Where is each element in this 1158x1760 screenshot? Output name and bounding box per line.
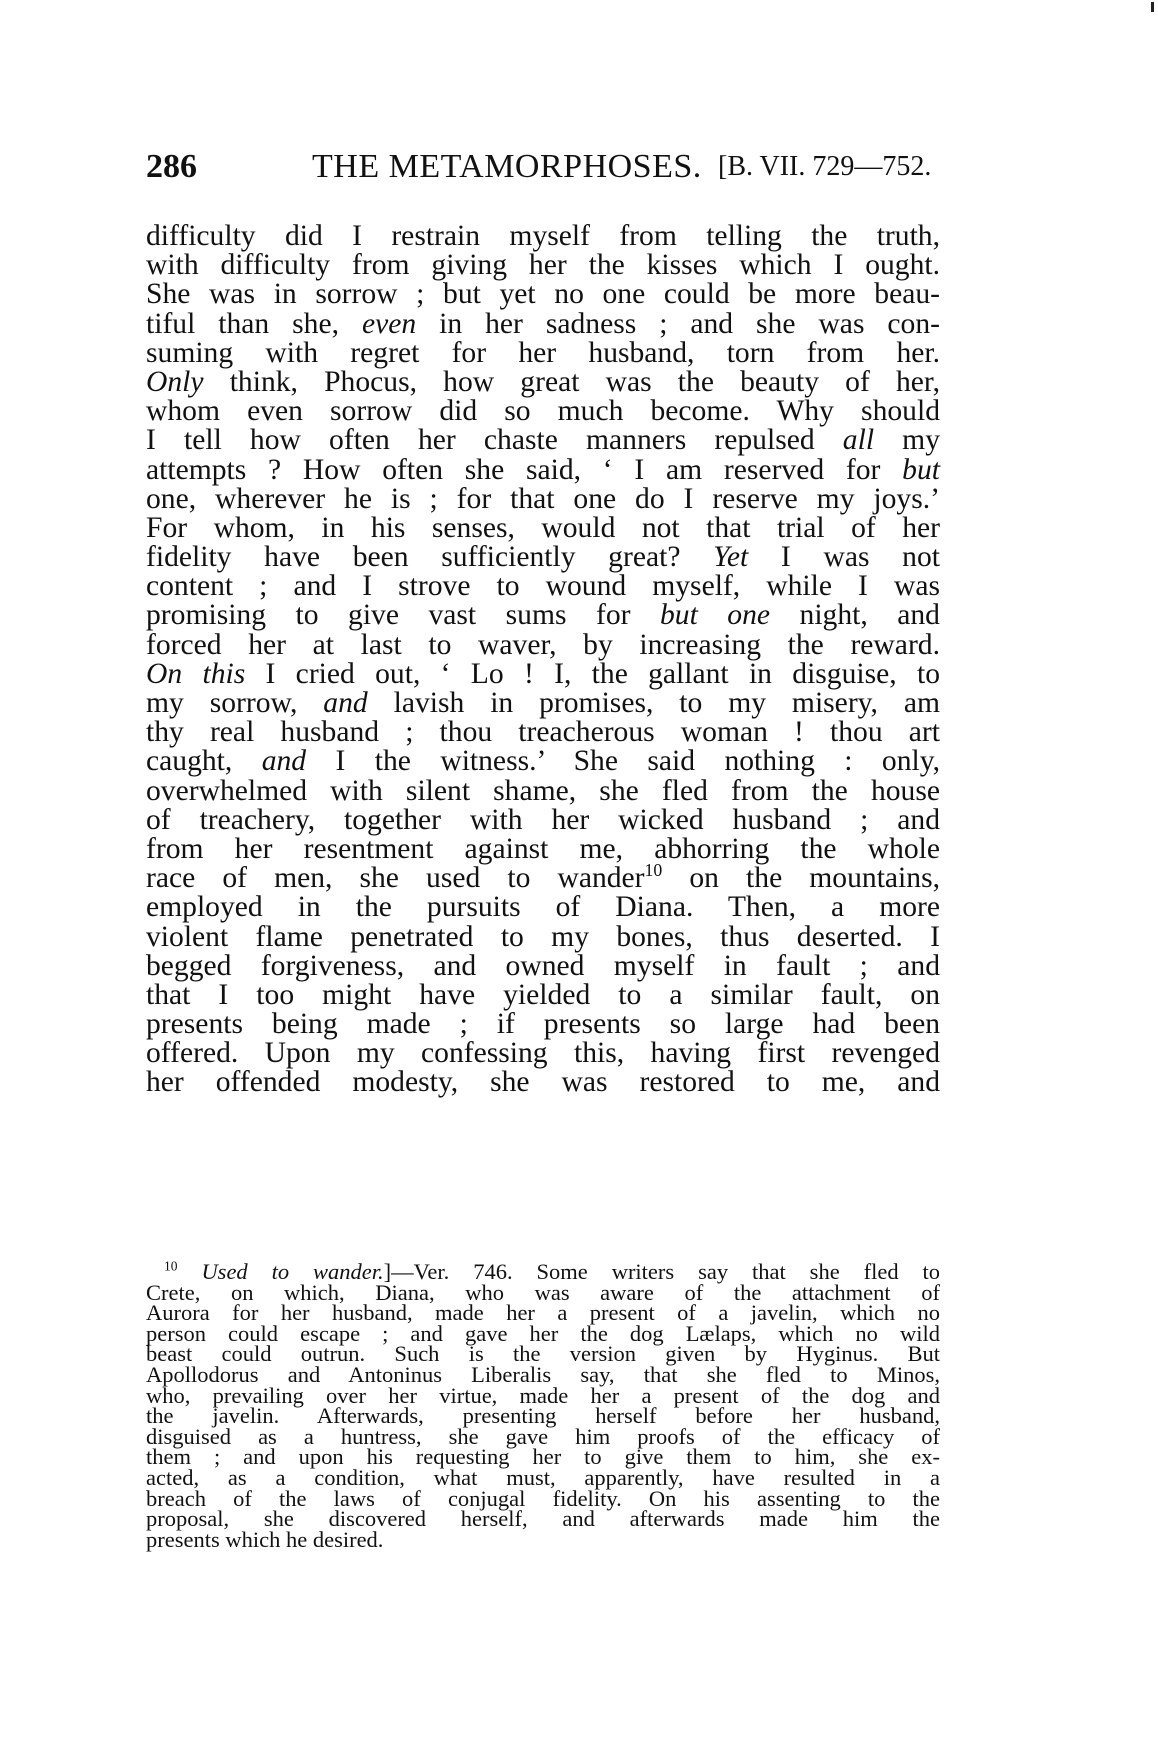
text-line: with difficulty from giving her the kiss… xyxy=(146,251,940,280)
footnote-line: presents which he desired. xyxy=(146,1530,940,1551)
page-number: 286 xyxy=(146,147,197,187)
text-line: fidelity have been sufficiently great? Y… xyxy=(146,543,940,572)
book-page: 286 THE METAMORPHOSES. [B. VII. 729—752.… xyxy=(0,0,1158,1760)
italic-text: even xyxy=(362,308,416,340)
main-text: difficulty did I restrain myself from te… xyxy=(146,222,940,1098)
text-line: On this I cried out, ‘ Lo ! I, the galla… xyxy=(146,660,940,689)
italic-text: Only xyxy=(146,366,204,398)
italic-text: and xyxy=(323,687,367,719)
text-line: that I too might have yielded to a simil… xyxy=(146,981,940,1010)
text-line: race of men, she used to wander10 on the… xyxy=(146,864,940,893)
footnote-marker: 10 xyxy=(164,1259,178,1274)
text-line: employed in the pursuits of Diana. Then,… xyxy=(146,893,940,922)
italic-text: but xyxy=(902,454,940,486)
text-line: suming with regret for her husband, torn… xyxy=(146,339,940,368)
text-line: my sorrow, and lavish in promises, to my… xyxy=(146,689,940,718)
running-title: THE METAMORPHOSES. xyxy=(312,147,702,187)
scan-mark xyxy=(1151,2,1154,12)
text-line: one, wherever he is ; for that one do I … xyxy=(146,485,940,514)
text-line: offered. Upon my confessing this, having… xyxy=(146,1039,940,1068)
text-line: begged forgiveness, and owned myself in … xyxy=(146,952,940,981)
footnote-marker: 10 xyxy=(645,860,663,880)
italic-text: all xyxy=(843,424,874,456)
text-line: forced her at last to waver, by increasi… xyxy=(146,631,940,660)
text-line: content ; and I strove to wound myself, … xyxy=(146,572,940,601)
text-line: violent flame penetrated to my bones, th… xyxy=(146,923,940,952)
text-line: of treachery, together with her wicked h… xyxy=(146,806,940,835)
text-line: I tell how often her chaste manners repu… xyxy=(146,426,940,455)
text-line: She was in sorrow ; but yet no one could… xyxy=(146,280,940,309)
text-line: presents being made ; if presents so lar… xyxy=(146,1010,940,1039)
text-line: difficulty did I restrain myself from te… xyxy=(146,222,940,251)
italic-text: but one xyxy=(660,599,770,631)
text-line: For whom, in his senses, would not that … xyxy=(146,514,940,543)
text-line: promising to give vast sums for but one … xyxy=(146,601,940,630)
footnote-block: 10 Used to wander.]—Ver. 746. Some write… xyxy=(146,1262,940,1550)
text-line: from her resentment against me, abhorrin… xyxy=(146,835,940,864)
text-line: thy real husband ; thou treacherous woma… xyxy=(146,718,940,747)
text-line: whom even sorrow did so much become. Why… xyxy=(146,397,940,426)
text-line: overwhelmed with silent shame, she fled … xyxy=(146,777,940,806)
italic-text: Yet xyxy=(713,541,748,573)
italic-text: and xyxy=(262,745,306,777)
running-header: 286 THE METAMORPHOSES. [B. VII. 729—752. xyxy=(146,147,956,187)
text-line: caught, and I the witness.’ She said not… xyxy=(146,747,940,776)
italic-text: On this xyxy=(146,658,245,690)
text-line: attempts ? How often she said, ‘ I am re… xyxy=(146,456,940,485)
text-line: tiful than she, even in her sadness ; an… xyxy=(146,310,940,339)
text-line: Only think, Phocus, how great was the be… xyxy=(146,368,940,397)
book-line-reference: [B. VII. 729—752. xyxy=(718,147,931,187)
text-line: her offended modesty, she was restored t… xyxy=(146,1068,940,1097)
